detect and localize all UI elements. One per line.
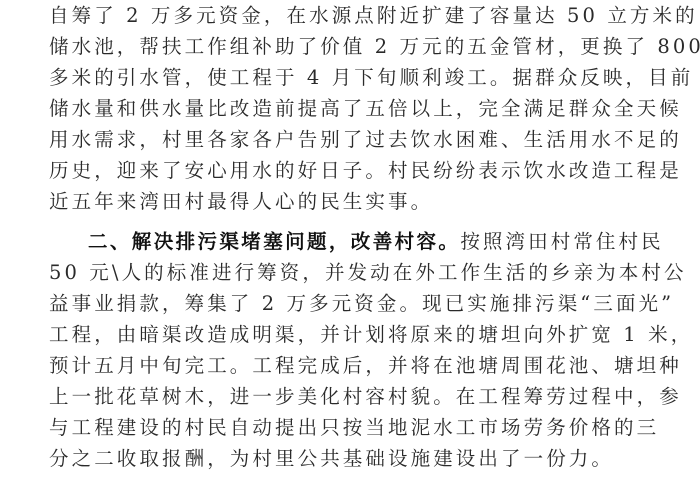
text-line: 益事业捐款，筹集了 2 万多元资金。现已实施排污渠“三面光” (49, 289, 674, 319)
text-line: 50 元\人的标准进行筹资，并发动在外工作生活的乡亲为本村公 (49, 258, 687, 288)
section-heading-line: 二、解决排污渠堵塞问题，改善村容。按照湾田村常住村民 (88, 227, 664, 257)
text-line: 上一批花草树木，进一步美化村容村貌。在工程筹劳过程中，参 (49, 382, 682, 412)
text-line: 预计五月中旬完工。工程完成后，并将在池塘周围花池、塘坦种 (49, 351, 682, 381)
text-line: 历史，迎来了安心用水的好日子。村民纷纷表示饮水改造工程是 (49, 156, 682, 186)
text-line: 按照湾田村常住村民 (460, 230, 663, 253)
text-line: 分之二收取报酬，为村里公共基础设施建设出了一份力。 (49, 444, 614, 474)
text-line: 储水量和供水量比改造前提高了五倍以上，完全满足群众全天候 (49, 94, 682, 124)
text-line: 储水池，帮扶工作组补助了价值 2 万元的五金管材，更换了 800 (49, 32, 700, 62)
text-line: 工程，由暗渠改造成明渠，并计划将原来的塘坦向外扩宽 1 米， (49, 320, 693, 350)
text-line: 近五年来湾田村最得人心的民生实事。 (49, 187, 433, 217)
text-line: 多米的引水管，使工程于 4 月下旬顺利竣工。据群众反映，目前 (49, 63, 693, 93)
text-line: 与工程建设的村民自动提出只按当地泥水工市场劳务价格的三 (49, 413, 659, 443)
text-line: 用水需求，村里各家各户告别了过去饮水困难、生活用水不足的 (49, 125, 682, 155)
section-heading: 二、解决排污渠堵塞问题，改善村容。 (88, 230, 460, 253)
text-line: 自筹了 2 万多元资金，在水源点附近扩建了容量达 50 立方米的 (49, 1, 698, 31)
